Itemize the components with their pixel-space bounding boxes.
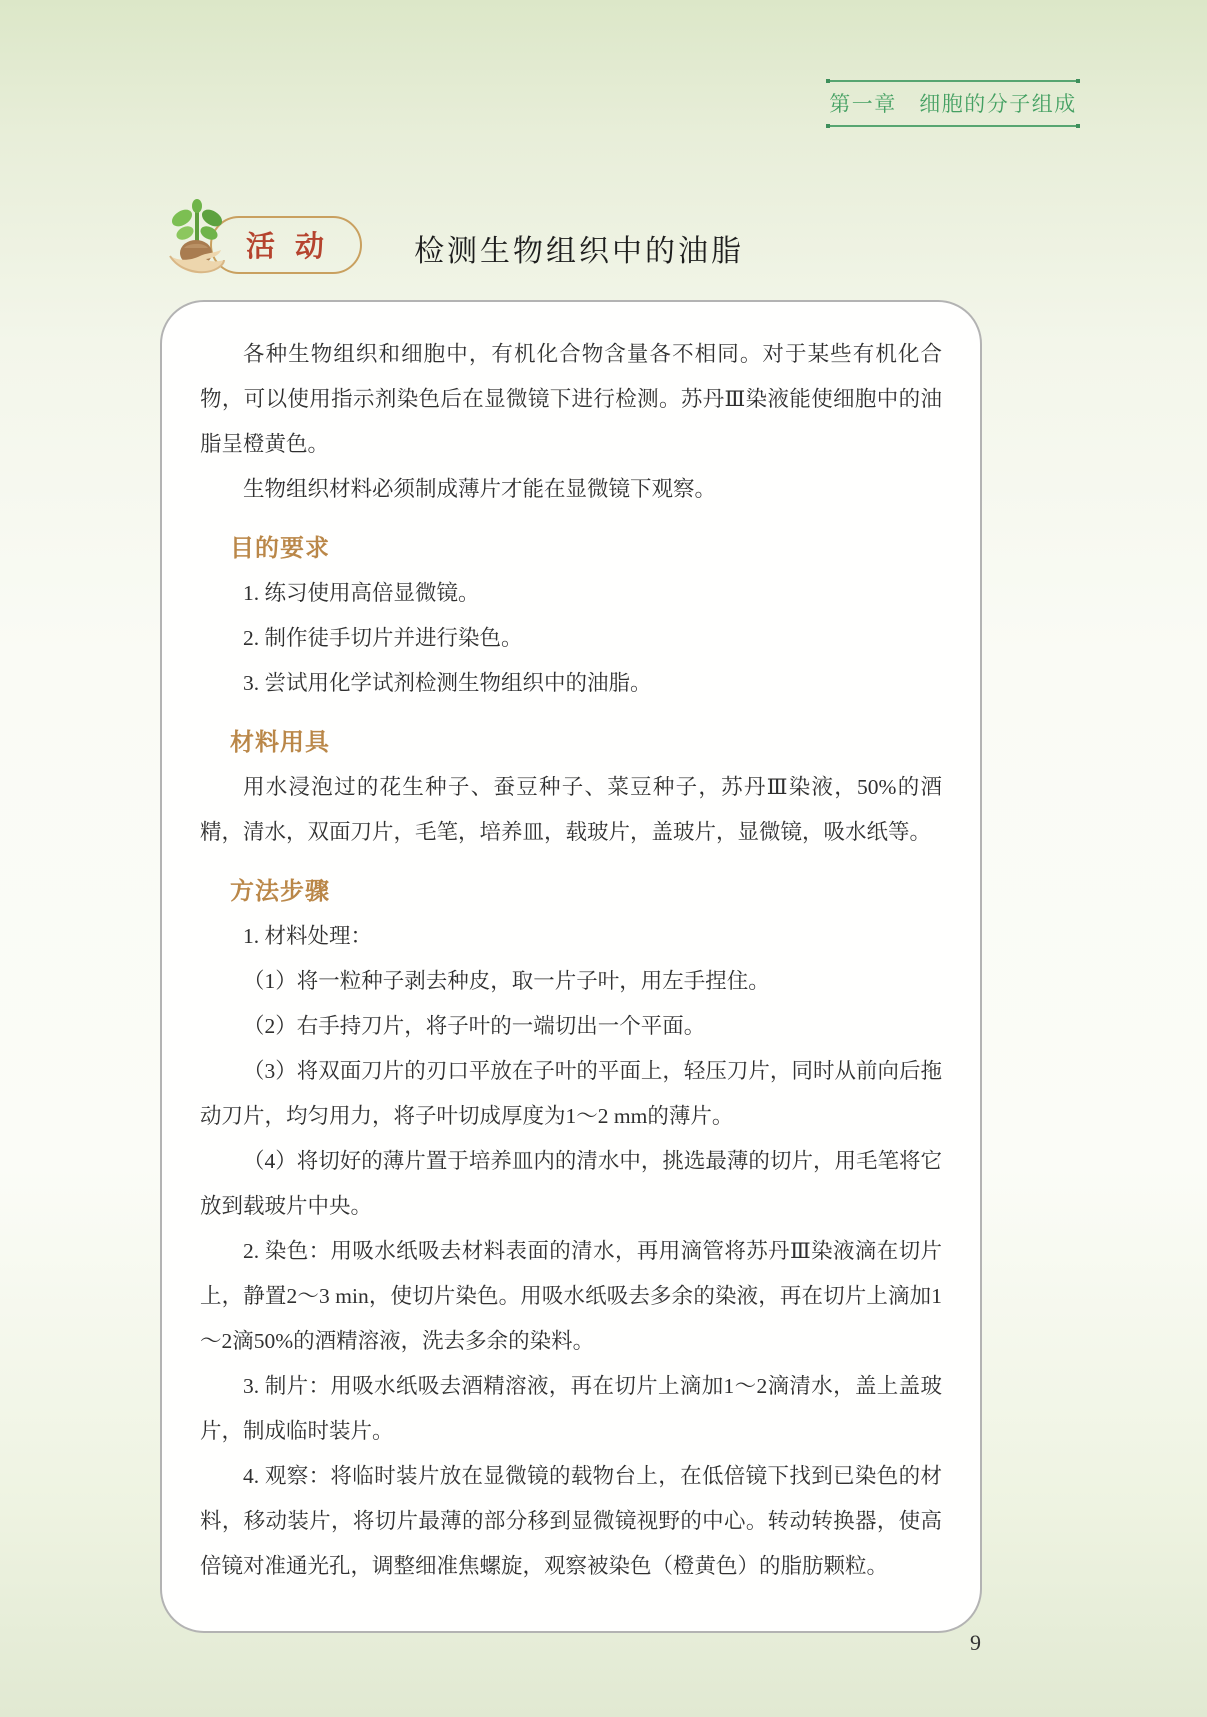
materials-paragraph: 用水浸泡过的花生种子、蚕豆种子、菜豆种子，苏丹Ⅲ染液，50%的酒精，清水，双面刀…: [200, 765, 942, 855]
intro-paragraph: 生物组织材料必须制成薄片才能在显微镜下观察。: [200, 467, 942, 512]
activity-content-box: 各种生物组织和细胞中，有机化合物含量各不相同。对于某些有机化合物，可以使用指示剂…: [160, 300, 982, 1633]
header-rule-bottom: [827, 125, 1079, 127]
method-step: 3. 制片：用吸水纸吸去酒精溶液，再在切片上滴加1～2滴清水，盖上盖玻片，制成临…: [200, 1364, 942, 1454]
method-step: （3）将双面刀片的刃口平放在子叶的平面上，轻压刀片，同时从前向后拖动刀片，均匀用…: [200, 1049, 942, 1139]
method-step: 2. 染色：用吸水纸吸去材料表面的清水，再用滴管将苏丹Ⅲ染液滴在切片上，静置2～…: [200, 1229, 942, 1364]
chapter-title: 第一章 细胞的分子组成: [827, 82, 1079, 125]
page-number: 9: [970, 1630, 981, 1656]
purpose-item: 2. 制作徒手切片并进行染色。: [200, 616, 942, 661]
header-rule-top: [827, 80, 1079, 82]
sprout-in-hand-icon: [158, 196, 236, 282]
purpose-item: 1. 练习使用高倍显微镜。: [200, 571, 942, 616]
section-heading-materials: 材料用具: [230, 722, 942, 757]
method-step: 1. 材料处理：: [200, 914, 942, 959]
purpose-item: 3. 尝试用化学试剂检测生物组织中的油脂。: [200, 661, 942, 706]
method-step: （2）右手持刀片，将子叶的一端切出一个平面。: [200, 1004, 942, 1049]
method-step: （1）将一粒种子剥去种皮，取一片子叶，用左手捏住。: [200, 959, 942, 1004]
chapter-header: 第一章 细胞的分子组成: [827, 80, 1079, 127]
activity-title: 检测生物组织中的油脂: [414, 226, 744, 270]
method-step: （4）将切好的薄片置于培养皿内的清水中，挑选最薄的切片，用毛笔将它放到载玻片中央…: [200, 1139, 942, 1229]
section-heading-method: 方法步骤: [230, 871, 942, 906]
intro-paragraph: 各种生物组织和细胞中，有机化合物含量各不相同。对于某些有机化合物，可以使用指示剂…: [200, 332, 942, 467]
method-step: 4. 观察：将临时装片放在显微镜的载物台上，在低倍镜下找到已染色的材料，移动装片…: [200, 1454, 942, 1589]
activity-header: 活 动 检测生物组织中的油脂: [158, 196, 744, 278]
section-heading-purpose: 目的要求: [230, 528, 942, 563]
